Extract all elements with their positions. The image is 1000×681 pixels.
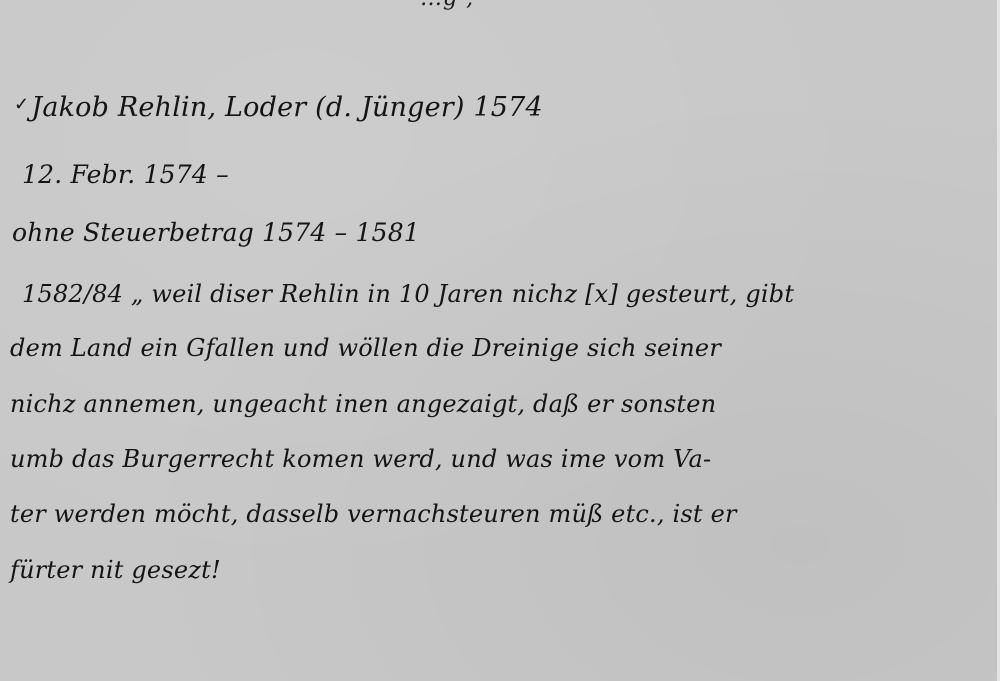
body-line: umb das Burgerrecht komen werd, und was … — [10, 445, 711, 473]
top-cutoff-text: …g , — [420, 0, 474, 11]
index-card: …g , ✓Jakob Rehlin, Loder (d. Jünger) 15… — [0, 0, 1000, 681]
exemption-line: ohne Steuerbetrag 1574 – 1581 — [12, 218, 420, 247]
name-text: Jakob Rehlin, Loder (d. Jünger) 1574 — [31, 92, 543, 123]
body-line: ter werden möcht, dasselb vernachsteuren… — [10, 500, 737, 528]
body-line: fürter nit gesezt! — [10, 556, 221, 584]
body-line: dem Land ein Gfallen und wöllen die Drei… — [10, 334, 721, 362]
body-line: 1582/84 „ weil diser Rehlin in 10 Jaren … — [22, 280, 794, 308]
date-line: 12. Febr. 1574 – — [22, 160, 229, 189]
header-name-line: ✓Jakob Rehlin, Loder (d. Jünger) 1574 — [14, 92, 543, 123]
body-line: nichz annemen, ungeacht inen angezaigt, … — [10, 390, 716, 418]
check-mark-icon: ✓ — [14, 94, 29, 115]
